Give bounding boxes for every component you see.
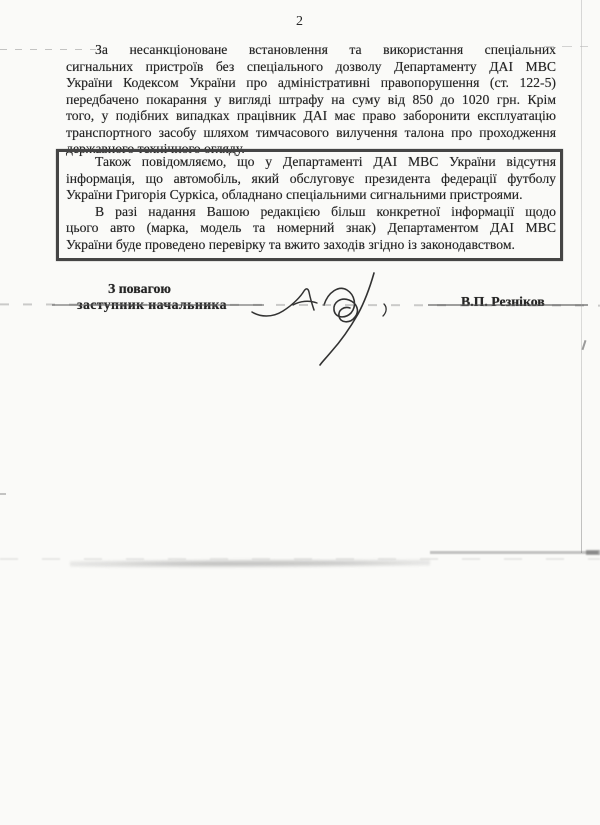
signer-name: В.П. Резніков	[461, 294, 545, 310]
edge-tick-mark	[581, 340, 586, 350]
handwritten-signature-icon	[238, 266, 408, 381]
bottom-smudge-right	[430, 551, 598, 554]
bottom-smudge-faint	[0, 558, 600, 560]
bottom-smudge-right-end	[586, 550, 600, 555]
boxed-paragraph-verification: В разі надання Вашою редакцією більш кон…	[66, 204, 556, 254]
left-edge-tick	[0, 493, 6, 495]
page-edge-vertical-line	[581, 0, 582, 553]
page-number: 2	[0, 14, 600, 30]
signer-title: заступник начальника	[77, 297, 227, 313]
scanned-letter-page: 2 За несанкціоноване встановлення та вик…	[0, 0, 600, 825]
bottom-smudge-middle	[70, 559, 430, 568]
boxed-paragraph-no-information: Також повідомляємо, що у Департаменті ДА…	[66, 154, 556, 204]
body-paragraph-penalties: За несанкціоноване встановлення та викор…	[66, 42, 556, 158]
boxed-paragraphs: Також повідомляємо, що у Департаменті ДА…	[66, 154, 556, 253]
salutation-text: З повагою	[108, 281, 171, 297]
